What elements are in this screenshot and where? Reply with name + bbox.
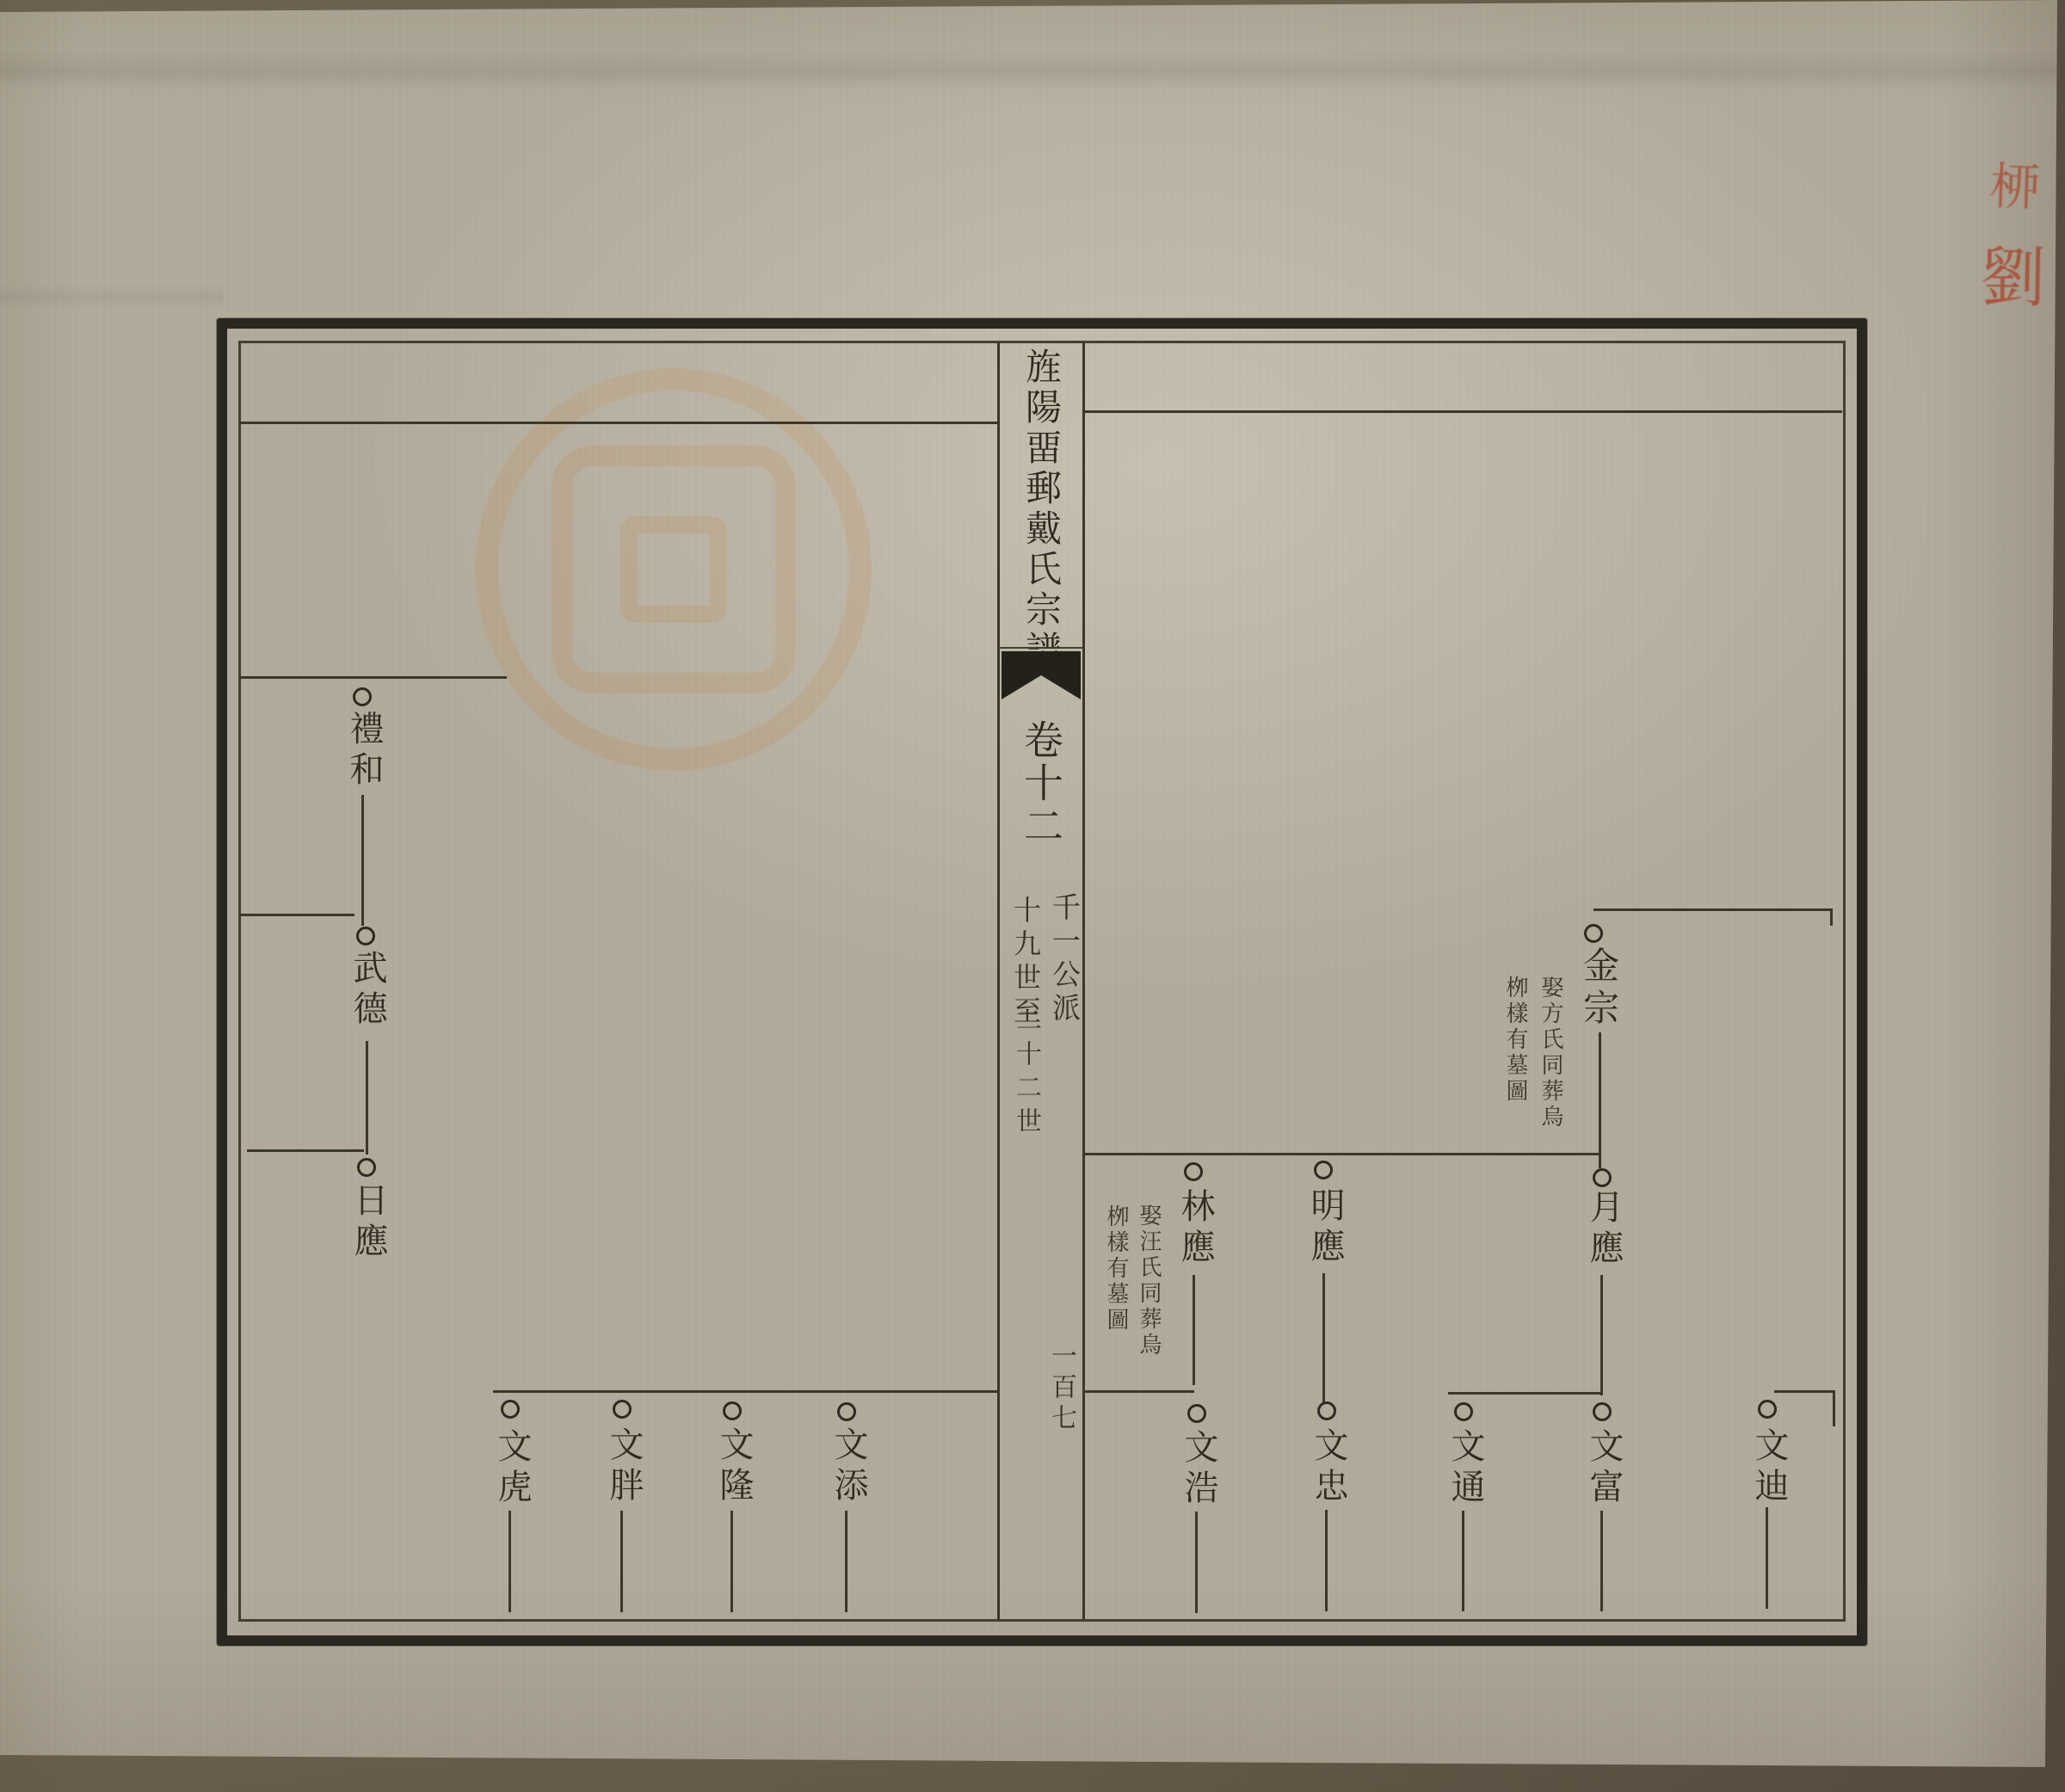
- fishtail-top-rule: [999, 647, 1082, 649]
- ancestor-line-jinzong: [1593, 908, 1833, 911]
- descent-line-jinzong: [1599, 1032, 1601, 1168]
- node-circle-yueying: [1593, 1168, 1612, 1187]
- descent-line-linying: [1193, 1275, 1195, 1385]
- descent-line-yueying: [1600, 1275, 1603, 1395]
- bracket-yueying-children: [1448, 1392, 1602, 1395]
- descent-line-mingying: [1322, 1273, 1325, 1404]
- spine-book-title: 旌陽畱郵戴氏宗譜: [1020, 348, 1058, 671]
- descent-line-wenhao: [1195, 1512, 1198, 1613]
- spine-left-rule: [997, 342, 1000, 1621]
- node-circle-linying: [1184, 1162, 1203, 1181]
- generation-bracket-left-page: [493, 1390, 998, 1393]
- red-seal-upper: 桺: [1973, 159, 2047, 212]
- scanned-genealogy-page: 旌陽畱郵戴氏宗譜 卷十二 千一公派 十九世至 二十二世 一百七 桺 劉 禮和 武…: [0, 0, 2065, 1792]
- node-circle-jinzong: [1584, 924, 1603, 943]
- generation-bracket-ying: [1085, 1153, 1599, 1155]
- descent-line-wenlong: [730, 1511, 733, 1612]
- node-circle-riying: [357, 1158, 376, 1177]
- descent-line-wenzhong: [1325, 1510, 1328, 1611]
- person-name-wenfu: 文富: [1583, 1428, 1621, 1509]
- node-circle-wenfu: [1593, 1402, 1612, 1421]
- red-seal-lower: 劉: [1975, 242, 2038, 308]
- spine-generation-range-lower: 二十二世: [1009, 1007, 1039, 1141]
- descent-line-wenpang: [620, 1511, 623, 1612]
- person-name-lihe: 禮和: [343, 711, 381, 791]
- note-linying-marriage: 娶汪氏同葬烏: [1134, 1204, 1160, 1358]
- node-circle-wendi: [1758, 1400, 1777, 1419]
- node-circle-lihe: [353, 687, 372, 706]
- node-circle-wenhu: [501, 1400, 520, 1419]
- node-circle-wenlong: [723, 1401, 742, 1420]
- paper-crease-top: [0, 50, 2065, 89]
- person-name-jinzong: 金宗: [1578, 946, 1616, 1031]
- descent-line-lihe: [361, 795, 364, 926]
- person-name-wenlong: 文隆: [713, 1426, 751, 1507]
- bracket-wendi: [1774, 1390, 1835, 1393]
- descent-line-wenfu: [1600, 1511, 1603, 1611]
- paper-crease-left: [0, 284, 224, 310]
- person-name-wenhao: 文浩: [1178, 1429, 1216, 1510]
- node-circle-wenzhong: [1317, 1401, 1336, 1420]
- spine-right-rule: [1082, 342, 1085, 1621]
- person-name-riying: 日應: [348, 1182, 385, 1263]
- person-name-yueying: 月應: [1583, 1189, 1621, 1270]
- person-name-wenhu: 文虎: [491, 1428, 529, 1509]
- note-linying-grave: 栁樣有墓圖: [1101, 1204, 1127, 1333]
- node-circle-wentong: [1454, 1402, 1473, 1421]
- node-circle-wude: [356, 927, 375, 945]
- spine-page-number: 一百七: [1045, 1342, 1074, 1435]
- right-page-top-rule: [1085, 410, 1842, 413]
- left-page-top-rule: [240, 422, 997, 424]
- bracket-wendi-tick: [1833, 1390, 1835, 1426]
- node-circle-wenpang: [613, 1400, 632, 1419]
- note-jinzong-marriage: 娶方氏同葬烏: [1536, 976, 1562, 1130]
- note-jinzong-grave: 栁樣有墓圖: [1501, 976, 1526, 1105]
- person-name-mingying: 明應: [1304, 1187, 1342, 1268]
- person-name-wentong: 文通: [1445, 1428, 1482, 1509]
- person-name-wenpang: 文胖: [603, 1426, 641, 1507]
- bracket-riying: [247, 1149, 364, 1152]
- node-circle-wenhao: [1187, 1404, 1206, 1423]
- person-name-wenzhong: 文忠: [1308, 1427, 1346, 1508]
- node-circle-wentian: [837, 1402, 856, 1421]
- person-name-wude: 武德: [347, 950, 385, 1031]
- descent-line-wenhu: [509, 1511, 511, 1612]
- left-page-second-rule: [240, 676, 507, 679]
- node-circle-mingying: [1314, 1161, 1333, 1179]
- spine-branch-label: 千一公派: [1046, 892, 1077, 1026]
- descent-line-wentian: [845, 1511, 848, 1612]
- person-name-linying: 林應: [1174, 1188, 1212, 1269]
- descent-line-wude: [366, 1041, 368, 1155]
- bracket-wude: [240, 914, 354, 916]
- descent-line-wendi: [1766, 1507, 1768, 1609]
- person-name-wendi: 文迪: [1748, 1427, 1786, 1508]
- ancestor-line-jinzong-tick: [1830, 908, 1833, 926]
- person-name-wentian: 文添: [828, 1426, 866, 1507]
- descent-line-wentong: [1462, 1511, 1464, 1611]
- spine-volume-label: 卷十二: [1019, 719, 1060, 848]
- bracket-linying-children: [1085, 1390, 1194, 1393]
